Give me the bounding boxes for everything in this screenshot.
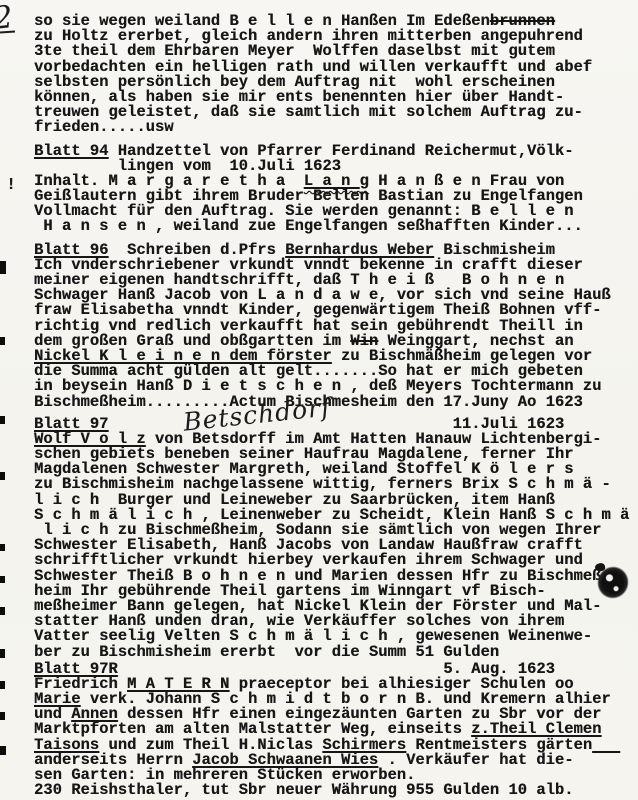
copy-edge-mark — [0, 712, 5, 720]
document-page: so sie wegen weiland B e l l e n Hanßen … — [0, 0, 638, 800]
text-line: 230 Reishsthaler, tut Sbr neuer Währung … — [34, 783, 636, 798]
copy-edge-mark — [0, 472, 5, 480]
copy-edge-mark — [0, 681, 5, 689]
copy-edge-mark — [0, 649, 5, 658]
text-segment — [592, 736, 620, 754]
copy-edge-mark — [0, 576, 5, 583]
blatt-94-entry: Blatt 94 Handzettel von Pfarrer Ferdinan… — [34, 144, 636, 235]
text-line: H a n s e n , weiland zue Engelfangen se… — [34, 219, 636, 234]
copy-edge-mark — [0, 607, 5, 615]
copy-edge-mark — [0, 746, 6, 755]
text-line: frieden.....usw — [34, 120, 636, 135]
text-segment: frieden.....usw — [34, 118, 174, 136]
copy-edge-mark — [0, 544, 5, 551]
text-segment: ber zu Bischmisheim ererbt vor die Summ … — [34, 643, 499, 661]
blatt-96-entry: Blatt 96 Schreiben d.Pfrs Bernhardus Web… — [34, 243, 636, 410]
blatt-97-entry: Blatt 97 11.Juli 1623Wolf V o l z von Be… — [34, 417, 636, 660]
copy-edge-mark — [0, 261, 6, 274]
margin-exclamation-mark: ! — [6, 176, 16, 195]
text-line: ber zu Bischmisheim ererbt vor die Summ … — [34, 645, 636, 660]
copy-edge-mark — [0, 416, 5, 424]
intro-paragraph: so sie wegen weiland B e l l e n Hanßen … — [34, 14, 636, 136]
text-segment: 230 Reishsthaler, tut Sbr neuer Währung … — [34, 781, 574, 799]
copy-edge-mark — [0, 337, 5, 345]
document-text: so sie wegen weiland B e l l e n Hanßen … — [34, 14, 636, 798]
text-segment: H a n s e n , weiland zue Engelfangen se… — [34, 217, 583, 235]
text-line: Bischmeßheim.........Actum Bischmesheim … — [34, 395, 636, 410]
blatt-97r-entry: Blatt 97R 5. Aug. 1623Friedrich M A T E … — [34, 662, 636, 799]
